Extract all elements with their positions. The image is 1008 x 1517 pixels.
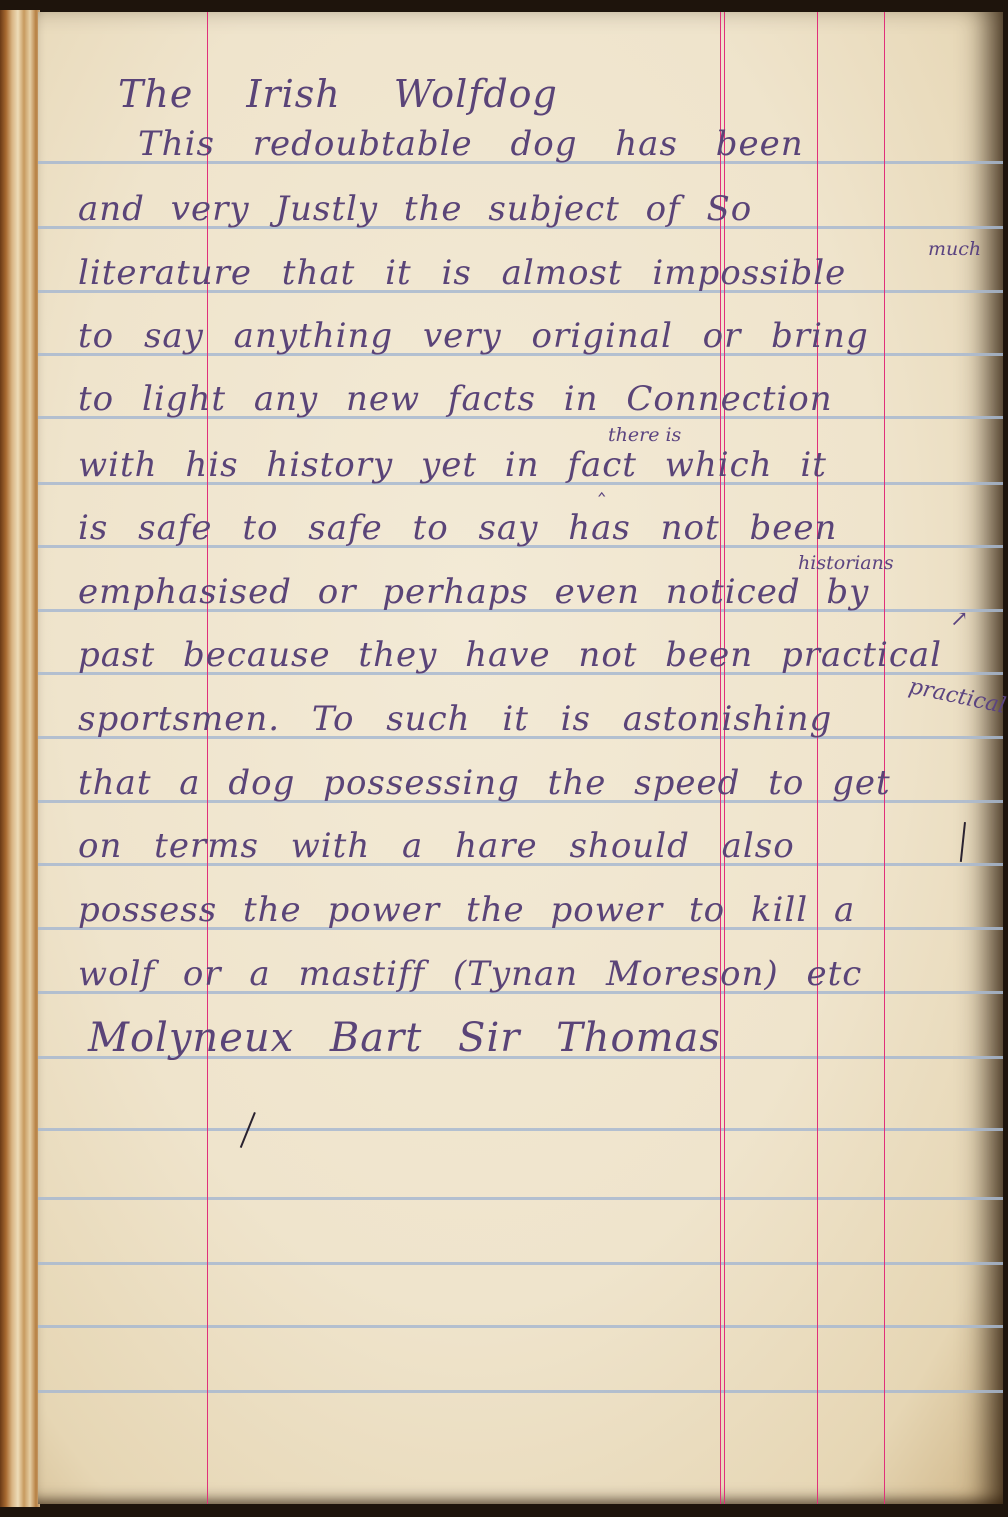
text-line-3: literature that it is almost impossible bbox=[78, 253, 1003, 293]
insertion-historians: historians bbox=[798, 552, 894, 574]
text-line-9: past because they have not been practica… bbox=[78, 635, 1003, 675]
insertion-much: much bbox=[928, 238, 981, 260]
insertion-caret-icon-2: ↗ bbox=[950, 607, 968, 632]
book-binding-edge bbox=[0, 10, 40, 1507]
margin-line-left bbox=[207, 12, 208, 1504]
margin-line-double-b bbox=[724, 12, 725, 1504]
rule-line bbox=[38, 1325, 1003, 1328]
signature-line: Molyneux Bart Sir Thomas bbox=[88, 1015, 1003, 1061]
text-line-6: with his history yet in fact which it bbox=[78, 445, 1003, 485]
text-line-2: and very Justly the subject of So bbox=[78, 189, 1003, 229]
rule-line bbox=[38, 1197, 1003, 1200]
text-line-10: sportsmen. To such it is astonishing bbox=[78, 699, 1003, 739]
insertion-caret-icon: ‸ bbox=[598, 472, 605, 497]
text-line-8: emphasised or perhaps even noticed by bbox=[78, 572, 1003, 612]
text-line-7: is safe to safe to say has not been bbox=[78, 508, 1003, 548]
notebook-page: The Irish Wolfdog This redoubtable dog h… bbox=[38, 12, 1003, 1504]
margin-line-right bbox=[884, 12, 885, 1504]
rule-line bbox=[38, 1390, 1003, 1393]
text-line-13: possess the power the power to kill a bbox=[78, 890, 1003, 930]
rule-line bbox=[38, 1128, 1003, 1131]
text-line-5: to light any new facts in Connection bbox=[78, 379, 1003, 419]
text-line-11: that a dog possessing the speed to get bbox=[78, 763, 1003, 803]
text-line-4: to say anything very original or bring bbox=[78, 316, 1003, 356]
text-line-12: on terms with a hare should also bbox=[78, 826, 1003, 866]
text-line-1: This redoubtable dog has been bbox=[138, 124, 1003, 164]
text-line-14: wolf or a mastiff (Tynan Moreson) etc bbox=[78, 954, 1003, 994]
margin-line-column bbox=[817, 12, 818, 1504]
margin-line-double-a bbox=[720, 12, 721, 1504]
rule-line bbox=[38, 1262, 1003, 1265]
page-title: The Irish Wolfdog bbox=[118, 72, 1003, 116]
insertion-there-is: there is bbox=[608, 424, 681, 446]
